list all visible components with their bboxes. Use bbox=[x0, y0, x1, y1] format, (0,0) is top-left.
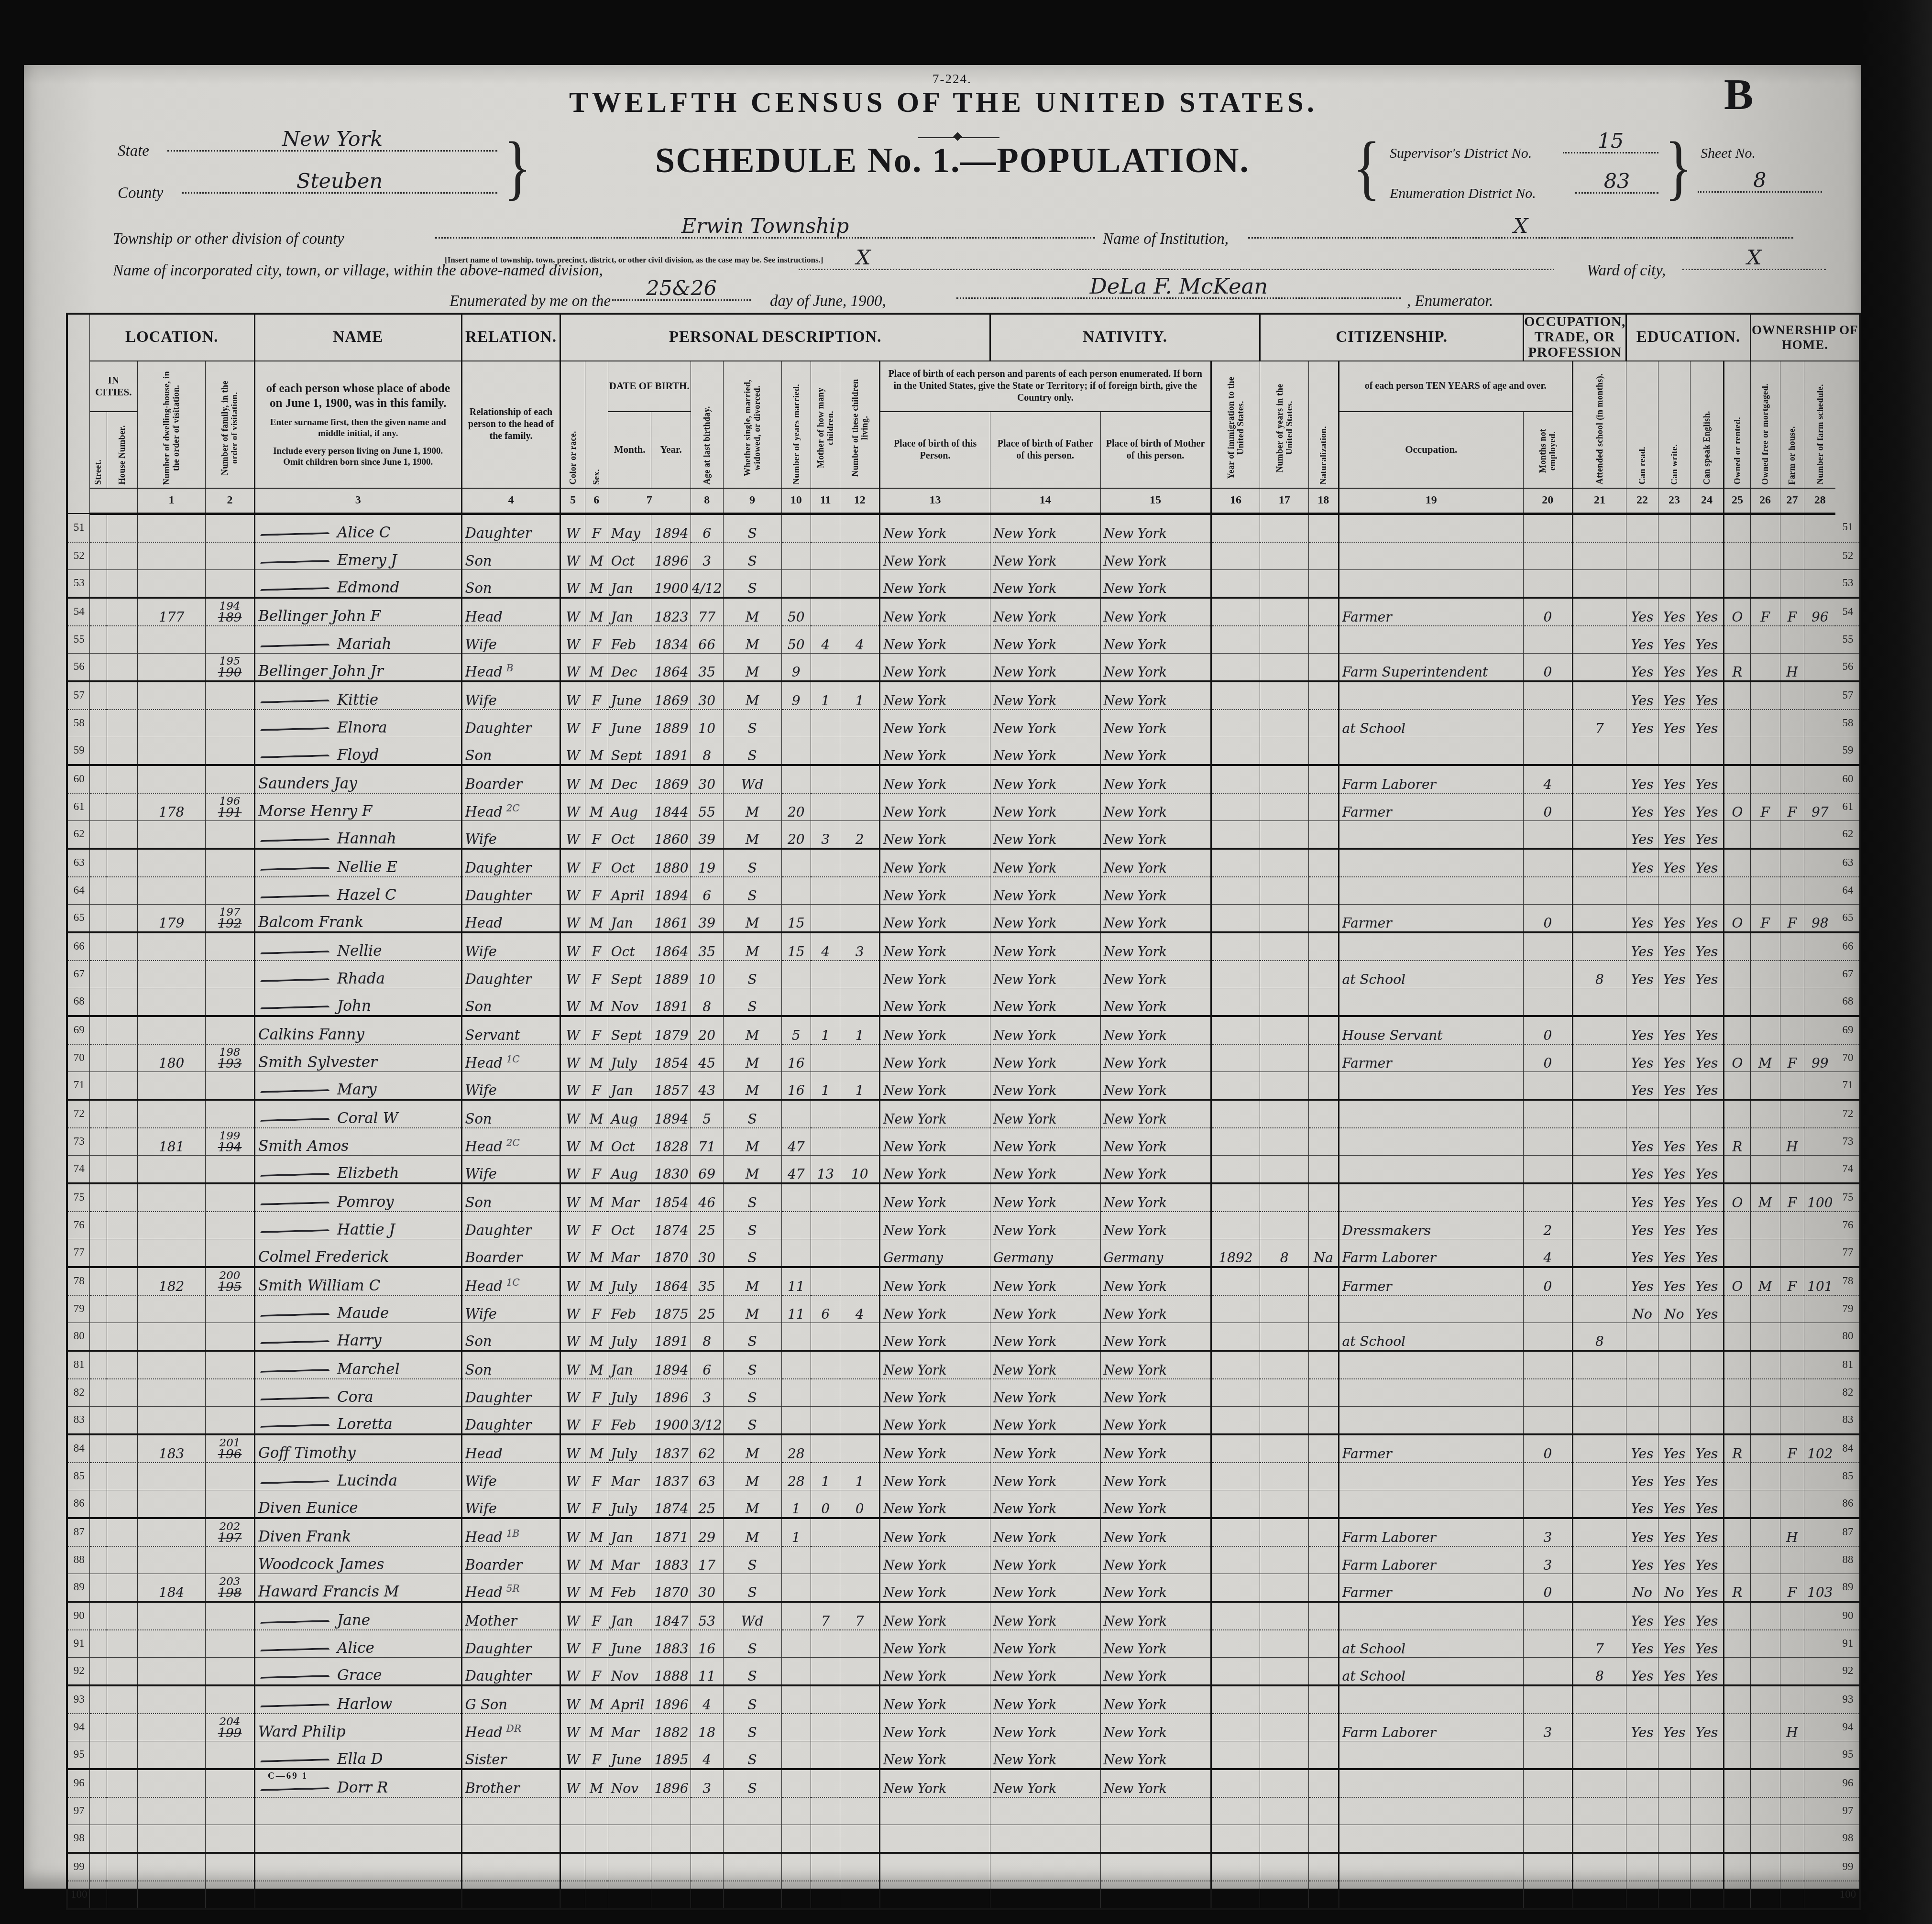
row-number-left: 73 bbox=[67, 1128, 89, 1156]
cell-attended-school: 7 bbox=[1572, 1630, 1626, 1658]
cell-family-number bbox=[206, 569, 255, 598]
cell-immigration-year bbox=[1211, 514, 1260, 542]
cell-speak-english bbox=[1690, 1379, 1723, 1407]
cell-house-number bbox=[107, 1323, 137, 1351]
cell-color-race: W bbox=[560, 653, 585, 681]
cell-pob-father: New York bbox=[990, 681, 1101, 710]
cell-attended-school bbox=[1572, 1853, 1626, 1881]
cell-months-not-employed bbox=[1524, 710, 1573, 737]
cell-can-write: Yes bbox=[1658, 653, 1690, 681]
cell-color-race bbox=[560, 1825, 585, 1853]
cell-dwelling-number bbox=[138, 1463, 206, 1490]
cell-family-number bbox=[206, 1630, 255, 1658]
cell-immigration-year bbox=[1211, 1685, 1260, 1714]
cell-pob-mother: New York bbox=[1100, 1490, 1211, 1518]
cell-years-in-us bbox=[1260, 1714, 1309, 1741]
cell-birth-month: June bbox=[608, 681, 651, 710]
cell-pob-father: New York bbox=[990, 710, 1101, 737]
cell-naturalization bbox=[1309, 765, 1339, 793]
cell-street bbox=[89, 1295, 107, 1323]
cell-immigration-year bbox=[1211, 932, 1260, 961]
cell-can-read: Yes bbox=[1626, 1714, 1658, 1741]
cell-pob-person: New York bbox=[880, 793, 990, 821]
cell-immigration-year bbox=[1211, 1212, 1260, 1239]
cell-marital-status: M bbox=[723, 653, 781, 681]
cell-years-in-us bbox=[1260, 1574, 1309, 1602]
col-header-occupation: Occupation. bbox=[1339, 412, 1523, 488]
cell-birth-month: Feb bbox=[608, 1574, 651, 1602]
cell-house-number bbox=[107, 1574, 137, 1602]
cell-immigration-year bbox=[1211, 1044, 1260, 1072]
cell-name: Ella D bbox=[254, 1741, 461, 1769]
cell-pob-person: Germany bbox=[880, 1239, 990, 1267]
ditto-mark bbox=[260, 1643, 329, 1651]
cell-attended-school bbox=[1572, 1602, 1626, 1630]
col-header-marital: Whether single, married, widowed, or div… bbox=[723, 361, 781, 488]
cell-pob-father bbox=[990, 1797, 1101, 1825]
colnum-28: 28 bbox=[1804, 488, 1835, 514]
cell-birth-month: Jan bbox=[608, 569, 651, 598]
cell-house-number bbox=[107, 1044, 137, 1072]
cell-months-not-employed bbox=[1524, 820, 1573, 849]
cell-occupation bbox=[1339, 877, 1523, 905]
cell-owned-free bbox=[1750, 1323, 1780, 1351]
row-number-left: 79 bbox=[67, 1295, 89, 1323]
cell-sex: M bbox=[585, 737, 608, 765]
cell-marital-status: M bbox=[723, 1044, 781, 1072]
cell-pob-mother: New York bbox=[1100, 681, 1211, 710]
cell-naturalization bbox=[1309, 1741, 1339, 1769]
cell-immigration-year bbox=[1211, 1518, 1260, 1546]
cell-marital-status: S bbox=[723, 1183, 781, 1212]
cell-pob-person bbox=[880, 1881, 990, 1909]
cell-birth-year: 1894 bbox=[651, 514, 691, 542]
cell-months-not-employed: 4 bbox=[1524, 1239, 1573, 1267]
cell-years-married: 11 bbox=[781, 1267, 811, 1295]
cell-owned-free bbox=[1750, 1685, 1780, 1714]
cell-can-read: Yes bbox=[1626, 1212, 1658, 1239]
cell-color-race: W bbox=[560, 793, 585, 821]
cell-years-married bbox=[781, 1853, 811, 1881]
cell-attended-school bbox=[1572, 737, 1626, 765]
cell-speak-english: Yes bbox=[1690, 1239, 1723, 1267]
cell-farm-schedule bbox=[1804, 542, 1835, 570]
cell-months-not-employed bbox=[1524, 1685, 1573, 1714]
cell-children-living bbox=[840, 1881, 880, 1909]
cell-mother-of: 7 bbox=[811, 1602, 840, 1630]
cell-age: 6 bbox=[691, 514, 723, 542]
cell-naturalization bbox=[1309, 820, 1339, 849]
cell-occupation: Farmer bbox=[1339, 598, 1523, 626]
cell-children-living: 10 bbox=[840, 1155, 880, 1183]
cell-years-in-us bbox=[1260, 598, 1309, 626]
cell-owned-free bbox=[1750, 932, 1780, 961]
cell-speak-english: Yes bbox=[1690, 793, 1723, 821]
table-row: 92 Grace Daughter W F Nov 1888 11 S New … bbox=[67, 1657, 1860, 1685]
cell-marital-status: S bbox=[723, 737, 781, 765]
cell-sex: M bbox=[585, 598, 608, 626]
cell-color-race: W bbox=[560, 569, 585, 598]
cell-birth-year: 1900 bbox=[651, 569, 691, 598]
cell-children-living: 1 bbox=[840, 681, 880, 710]
cell-years-married bbox=[781, 1881, 811, 1909]
institution-value: X bbox=[1248, 215, 1793, 237]
cell-immigration-year bbox=[1211, 1546, 1260, 1574]
cell-occupation: Farmer bbox=[1339, 1574, 1523, 1602]
cell-age: 25 bbox=[691, 1490, 723, 1518]
cell-dwelling-number bbox=[138, 681, 206, 710]
row-number-right: 64 bbox=[1835, 877, 1859, 905]
cell-family-number bbox=[206, 1685, 255, 1714]
cell-farm-house bbox=[1780, 1797, 1804, 1825]
cell-birth-month: July bbox=[608, 1490, 651, 1518]
cell-house-number bbox=[107, 1825, 137, 1853]
ditto-mark bbox=[260, 1419, 329, 1428]
cell-owned-free bbox=[1750, 1155, 1780, 1183]
cell-can-write: Yes bbox=[1658, 1518, 1690, 1546]
cell-dwelling-number bbox=[138, 1797, 206, 1825]
cell-birth-month: Oct bbox=[608, 932, 651, 961]
cell-years-in-us bbox=[1260, 626, 1309, 654]
cell-mother-of bbox=[811, 1100, 840, 1128]
cell-family-number bbox=[206, 1490, 255, 1518]
cell-house-number bbox=[107, 1518, 137, 1546]
cell-birth-month bbox=[608, 1881, 651, 1909]
cell-immigration-year bbox=[1211, 1741, 1260, 1769]
cell-can-write: Yes bbox=[1658, 1657, 1690, 1685]
cell-can-write: Yes bbox=[1658, 849, 1690, 877]
cell-children-living bbox=[840, 542, 880, 570]
cell-farm-schedule: 97 bbox=[1804, 793, 1835, 821]
cell-street bbox=[89, 1881, 107, 1909]
township-label: Township or other division of county bbox=[113, 230, 344, 248]
cell-farm-house bbox=[1780, 820, 1804, 849]
cell-color-race: W bbox=[560, 1155, 585, 1183]
row-number-left: 69 bbox=[67, 1016, 89, 1044]
cell-farm-schedule bbox=[1804, 1546, 1835, 1574]
cell-children-living bbox=[840, 1100, 880, 1128]
cell-color-race: W bbox=[560, 681, 585, 710]
cell-birth-month: May bbox=[608, 514, 651, 542]
cell-owned-free bbox=[1750, 1630, 1780, 1658]
cell-name: Saunders Jay bbox=[254, 765, 461, 793]
enumerator-value: DeLa F. McKean bbox=[956, 275, 1401, 297]
ditto-mark bbox=[260, 1615, 329, 1624]
row-number-left: 96 bbox=[67, 1769, 89, 1797]
cell-can-write: Yes bbox=[1658, 1044, 1690, 1072]
cell-age: 19 bbox=[691, 849, 723, 877]
cell-house-number bbox=[107, 1406, 137, 1434]
col-header-street: Street. bbox=[89, 412, 107, 488]
cell-pob-person: New York bbox=[880, 765, 990, 793]
cell-owned-rented: O bbox=[1724, 793, 1751, 821]
col-header-months-not-employed: Months not employed. bbox=[1524, 412, 1573, 488]
cell-can-read bbox=[1626, 1797, 1658, 1825]
cell-dwelling-number bbox=[138, 1853, 206, 1881]
col-header-house-number: House Number. bbox=[107, 412, 137, 488]
cell-birth-year: 1864 bbox=[651, 932, 691, 961]
cell-mother-of bbox=[811, 877, 840, 905]
cell-months-not-employed: 3 bbox=[1524, 1518, 1573, 1546]
cell-color-race: W bbox=[560, 1518, 585, 1546]
cell-pob-father: New York bbox=[990, 737, 1101, 765]
cell-owned-free bbox=[1750, 1351, 1780, 1379]
cell-street bbox=[89, 820, 107, 849]
row-number-left: 94 bbox=[67, 1714, 89, 1741]
cell-naturalization bbox=[1309, 1071, 1339, 1100]
cell-years-married bbox=[781, 1574, 811, 1602]
table-row: 85 Lucinda Wife W F Mar 1837 63 M 28 1 1… bbox=[67, 1463, 1860, 1490]
cell-sex: M bbox=[585, 765, 608, 793]
cell-relation: Daughter bbox=[461, 710, 560, 737]
cell-birth-year: 1828 bbox=[651, 1128, 691, 1156]
cell-color-race: W bbox=[560, 1044, 585, 1072]
cell-can-read: Yes bbox=[1626, 1071, 1658, 1100]
cell-street bbox=[89, 710, 107, 737]
cell-mother-of bbox=[811, 1881, 840, 1909]
cell-immigration-year bbox=[1211, 653, 1260, 681]
row-number-left: 84 bbox=[67, 1434, 89, 1463]
cell-age: 4 bbox=[691, 1741, 723, 1769]
cell-pob-mother bbox=[1100, 1881, 1211, 1909]
cell-owned-rented bbox=[1724, 820, 1751, 849]
cell-farm-house bbox=[1780, 1212, 1804, 1239]
cell-relation: Son bbox=[461, 542, 560, 570]
cell-owned-free bbox=[1750, 1071, 1780, 1100]
cell-years-in-us bbox=[1260, 1323, 1309, 1351]
cell-occupation bbox=[1339, 1769, 1523, 1797]
cell-can-write: Yes bbox=[1658, 1071, 1690, 1100]
cell-owned-free bbox=[1750, 542, 1780, 570]
cell-occupation: Farmer bbox=[1339, 1044, 1523, 1072]
cell-dwelling-number bbox=[138, 542, 206, 570]
cell-years-in-us bbox=[1260, 1630, 1309, 1658]
table-row: 68 John Son W M Nov 1891 8 S New York Ne… bbox=[67, 988, 1860, 1016]
cell-speak-english bbox=[1690, 988, 1723, 1016]
cell-months-not-employed bbox=[1524, 1351, 1573, 1379]
row-number-left: 92 bbox=[67, 1657, 89, 1685]
table-row: 99 99 bbox=[67, 1853, 1860, 1881]
cell-immigration-year bbox=[1211, 1406, 1260, 1434]
cell-owned-rented bbox=[1724, 1685, 1751, 1714]
row-number-right: 61 bbox=[1835, 793, 1859, 821]
cell-birth-month: June bbox=[608, 1741, 651, 1769]
row-number-right: 70 bbox=[1835, 1044, 1859, 1072]
cell-mother-of bbox=[811, 737, 840, 765]
row-number-left: 56 bbox=[67, 653, 89, 681]
cell-can-write bbox=[1658, 569, 1690, 598]
cell-name: Hazel C bbox=[254, 877, 461, 905]
row-number-right: 57 bbox=[1835, 681, 1859, 710]
cell-relation: Head1C bbox=[461, 1044, 560, 1072]
cell-birth-year: 1894 bbox=[651, 1351, 691, 1379]
cell-years-married bbox=[781, 542, 811, 570]
cell-children-living bbox=[840, 1379, 880, 1407]
cell-attended-school bbox=[1572, 849, 1626, 877]
cell-owned-rented bbox=[1724, 626, 1751, 654]
cell-attended-school bbox=[1572, 1463, 1626, 1490]
cell-marital-status: M bbox=[723, 793, 781, 821]
cell-street bbox=[89, 1239, 107, 1267]
cell-can-write: Yes bbox=[1658, 598, 1690, 626]
cell-months-not-employed bbox=[1524, 1881, 1573, 1909]
cell-color-race: W bbox=[560, 849, 585, 877]
cell-speak-english: Yes bbox=[1690, 932, 1723, 961]
cell-family-number: 199194 bbox=[206, 1128, 255, 1156]
cell-color-race: W bbox=[560, 1434, 585, 1463]
cell-marital-status: S bbox=[723, 569, 781, 598]
cell-relation: Wife bbox=[461, 1463, 560, 1490]
row-number-left: 52 bbox=[67, 542, 89, 570]
cell-name: Nellie E bbox=[254, 849, 461, 877]
cell-street bbox=[89, 1657, 107, 1685]
cell-can-read: Yes bbox=[1626, 1016, 1658, 1044]
cell-speak-english: Yes bbox=[1690, 1212, 1723, 1239]
cell-street bbox=[89, 1602, 107, 1630]
cell-relation: Brother bbox=[461, 1769, 560, 1797]
cell-relation: Daughter bbox=[461, 514, 560, 542]
cell-owned-free bbox=[1750, 1406, 1780, 1434]
cell-marital-status: S bbox=[723, 849, 781, 877]
cell-color-race: W bbox=[560, 1574, 585, 1602]
cell-pob-person: New York bbox=[880, 1212, 990, 1239]
cell-color-race: W bbox=[560, 1769, 585, 1797]
cell-marital-status: S bbox=[723, 542, 781, 570]
row-number-left: 83 bbox=[67, 1406, 89, 1434]
cell-house-number bbox=[107, 765, 137, 793]
cell-naturalization bbox=[1309, 1518, 1339, 1546]
cell-pob-person: New York bbox=[880, 820, 990, 849]
cell-age: 3 bbox=[691, 1379, 723, 1407]
cell-pob-father: New York bbox=[990, 1714, 1101, 1741]
cell-birth-month: Jan bbox=[608, 1351, 651, 1379]
cell-can-read: Yes bbox=[1626, 1463, 1658, 1490]
cell-pob-father: New York bbox=[990, 1128, 1101, 1156]
cell-attended-school bbox=[1572, 1741, 1626, 1769]
cell-can-read: Yes bbox=[1626, 1657, 1658, 1685]
cell-marital-status: S bbox=[723, 1685, 781, 1714]
cell-house-number bbox=[107, 1490, 137, 1518]
cell-dwelling-number bbox=[138, 1769, 206, 1797]
cell-occupation bbox=[1339, 1853, 1523, 1881]
cell-age: 11 bbox=[691, 1657, 723, 1685]
cell-family-number bbox=[206, 1797, 255, 1825]
cell-street bbox=[89, 765, 107, 793]
cell-birth-year: 1874 bbox=[651, 1490, 691, 1518]
row-number-left: 59 bbox=[67, 737, 89, 765]
cell-months-not-employed: 0 bbox=[1524, 1044, 1573, 1072]
cell-pob-father: New York bbox=[990, 877, 1101, 905]
table-row: 89 184 203198 Haward Francis M Head5R W … bbox=[67, 1574, 1860, 1602]
cell-marital-status: S bbox=[723, 1351, 781, 1379]
cell-years-in-us bbox=[1260, 569, 1309, 598]
cell-farm-schedule bbox=[1804, 1602, 1835, 1630]
cell-dwelling-number bbox=[138, 877, 206, 905]
cell-pob-person bbox=[880, 1825, 990, 1853]
colnum-7: 7 bbox=[608, 488, 691, 514]
cell-children-living bbox=[840, 904, 880, 932]
cell-owned-free bbox=[1750, 849, 1780, 877]
cell-marital-status: S bbox=[723, 1574, 781, 1602]
cell-birth-year: 1870 bbox=[651, 1574, 691, 1602]
cell-family-number: 204199 bbox=[206, 1714, 255, 1741]
cell-house-number bbox=[107, 598, 137, 626]
cell-attended-school bbox=[1572, 1714, 1626, 1741]
cell-years-married bbox=[781, 1714, 811, 1741]
row-number-right: 62 bbox=[1835, 820, 1859, 849]
col-header-mother-of: Mother of how many children. bbox=[811, 361, 840, 488]
cell-months-not-employed bbox=[1524, 1379, 1573, 1407]
cell-can-read bbox=[1626, 1853, 1658, 1881]
row-number-left: 70 bbox=[67, 1044, 89, 1072]
cell-street bbox=[89, 653, 107, 681]
cell-years-married bbox=[781, 710, 811, 737]
cell-years-in-us bbox=[1260, 737, 1309, 765]
cell-attended-school bbox=[1572, 1155, 1626, 1183]
cell-name: Bellinger John F bbox=[254, 598, 461, 626]
cell-age: 10 bbox=[691, 710, 723, 737]
cell-age: 20 bbox=[691, 1016, 723, 1044]
cell-owned-free bbox=[1750, 1128, 1780, 1156]
cell-naturalization bbox=[1309, 1685, 1339, 1714]
cell-pob-person: New York bbox=[880, 1128, 990, 1156]
cell-sex: F bbox=[585, 1071, 608, 1100]
cell-color-race: W bbox=[560, 710, 585, 737]
cell-immigration-year bbox=[1211, 737, 1260, 765]
cell-color-race: W bbox=[560, 1239, 585, 1267]
cell-occupation bbox=[1339, 681, 1523, 710]
cell-sex: M bbox=[585, 904, 608, 932]
cell-farm-house bbox=[1780, 514, 1804, 542]
cell-house-number bbox=[107, 1267, 137, 1295]
cell-farm-house: F bbox=[1780, 1183, 1804, 1212]
cell-sex: M bbox=[585, 1769, 608, 1797]
row-number-right: 69 bbox=[1835, 1016, 1859, 1044]
ward-label: Ward of city, bbox=[1587, 262, 1666, 280]
cell-months-not-employed bbox=[1524, 961, 1573, 988]
cell-years-in-us: 8 bbox=[1260, 1239, 1309, 1267]
cell-mother-of bbox=[811, 765, 840, 793]
ditto-mark bbox=[260, 1754, 329, 1762]
cell-owned-rented: O bbox=[1724, 1267, 1751, 1295]
colnum-12: 12 bbox=[840, 488, 880, 514]
cell-speak-english: Yes bbox=[1690, 1155, 1723, 1183]
cell-years-married bbox=[781, 961, 811, 988]
cell-months-not-employed bbox=[1524, 681, 1573, 710]
cell-owned-rented bbox=[1724, 1518, 1751, 1546]
cell-birth-month: Jan bbox=[608, 598, 651, 626]
cell-birth-year: 1891 bbox=[651, 988, 691, 1016]
cell-years-married bbox=[781, 1546, 811, 1574]
cell-birth-year: 1837 bbox=[651, 1463, 691, 1490]
cell-pob-mother bbox=[1100, 1797, 1211, 1825]
cell-house-number bbox=[107, 932, 137, 961]
cell-years-married: 1 bbox=[781, 1490, 811, 1518]
cell-pob-person: New York bbox=[880, 849, 990, 877]
cell-naturalization bbox=[1309, 1630, 1339, 1658]
cell-color-race bbox=[560, 1853, 585, 1881]
cell-pob-father: New York bbox=[990, 1155, 1101, 1183]
cell-birth-month: Oct bbox=[608, 542, 651, 570]
cell-marital-status: S bbox=[723, 1212, 781, 1239]
cell-house-number bbox=[107, 1155, 137, 1183]
row-number-right: 51 bbox=[1835, 514, 1859, 542]
cell-owned-rented bbox=[1724, 1155, 1751, 1183]
cell-pob-father: New York bbox=[990, 1100, 1101, 1128]
cell-pob-father: New York bbox=[990, 1741, 1101, 1769]
row-number-right: 55 bbox=[1835, 626, 1859, 654]
cell-family-number bbox=[206, 542, 255, 570]
